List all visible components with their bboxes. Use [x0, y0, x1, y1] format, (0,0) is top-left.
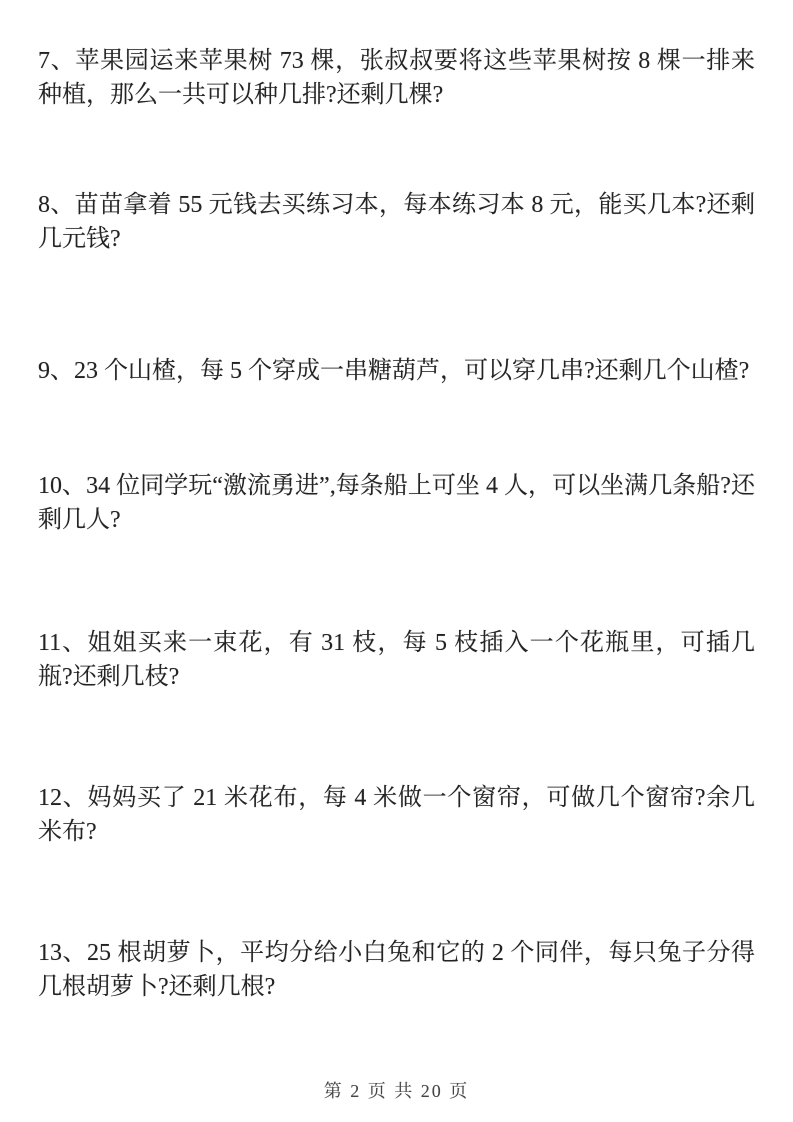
- problem-12: 12、妈妈买了 21 米花布，每 4 米做一个窗帘，可做几个窗帘?余几米布?: [38, 781, 755, 849]
- worksheet-page: 7、苹果园运来苹果树 73 棵，张叔叔要将这些苹果树按 8 棵一排来种植，那么一…: [0, 0, 793, 1122]
- problem-10: 10、34 位同学玩“激流勇进”,每条船上可坐 4 人，可以坐满几条船?还剩几人…: [38, 469, 755, 537]
- page-number-indicator: 第 2 页 共 20 页: [0, 1080, 793, 1102]
- problem-9: 9、23 个山楂，每 5 个穿成一串糖葫芦，可以穿几串?还剩几个山楂?: [38, 354, 755, 388]
- problem-13: 13、25 根胡萝卜，平均分给小白兔和它的 2 个同伴，每只兔子分得几根胡萝卜?…: [38, 936, 755, 1004]
- problem-11: 11、姐姐买来一束花，有 31 枝，每 5 枝插入一个花瓶里，可插几瓶?还剩几枝…: [38, 626, 755, 694]
- problem-8: 8、苗苗拿着 55 元钱去买练习本，每本练习本 8 元，能买几本?还剩几元钱?: [38, 188, 755, 256]
- problem-7: 7、苹果园运来苹果树 73 棵，张叔叔要将这些苹果树按 8 棵一排来种植，那么一…: [38, 44, 755, 112]
